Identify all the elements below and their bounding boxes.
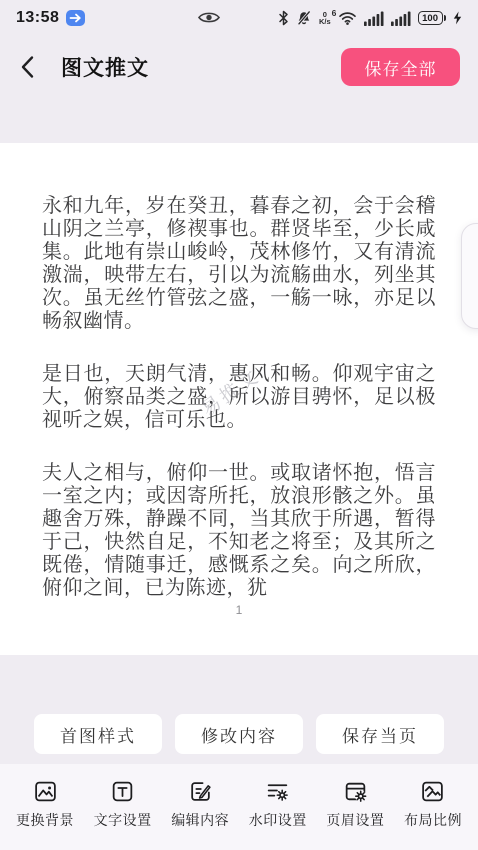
- toolbar-item-layout-ratio[interactable]: 布局比例: [396, 779, 470, 850]
- notifications-muted-icon: [296, 10, 312, 26]
- text-settings-icon: [110, 779, 135, 804]
- page-actions: 首图样式 修改内容 保存当页: [0, 714, 478, 754]
- toolbar-label: 编辑内容: [171, 810, 229, 830]
- toolbar-item-text-settings[interactable]: 文字设置: [86, 779, 160, 850]
- edit-content-icon: [188, 779, 213, 804]
- save-current-page-button[interactable]: 保存当页: [316, 714, 444, 754]
- screen: 13:58 0 K/s 6: [0, 0, 478, 850]
- network-speed-indicator: 0 K/s: [319, 11, 331, 25]
- toolbar-label: 水印设置: [249, 810, 307, 830]
- toolbar-item-edit-content[interactable]: 编辑内容: [163, 779, 237, 850]
- edit-content-button[interactable]: 修改内容: [175, 714, 303, 754]
- tweet-page-card[interactable]: 永和九年，岁在癸丑，暮春之初，会于会稽山阴之兰亭，修禊事也。群贤毕至，少长咸集。…: [0, 143, 478, 655]
- toolbar-label: 布局比例: [404, 810, 462, 830]
- status-bar: 13:58 0 K/s 6: [0, 0, 478, 36]
- paragraph: 是日也，天朗气清，惠风和畅。仰观宇宙之大，俯察品类之盛，所以游目骋怀，足以极视听…: [42, 363, 436, 432]
- battery-indicator: 100: [418, 11, 446, 25]
- wifi6-icon: 6: [338, 11, 357, 25]
- layout-ratio-icon: [420, 779, 445, 804]
- watermark-settings-icon: [265, 779, 290, 804]
- bluetooth-icon: [278, 10, 289, 26]
- page-header-settings-icon: [343, 779, 368, 804]
- header: 图文推文 保存全部: [0, 36, 478, 98]
- status-time: 13:58: [16, 9, 59, 27]
- page-number: 1: [0, 603, 478, 617]
- battery-level: 100: [418, 11, 443, 25]
- wifi-generation: 6: [332, 8, 337, 18]
- paragraph: 永和九年，岁在癸丑，暮春之初，会于会稽山阴之兰亭，修禊事也。群贤毕至，少长咸集。…: [42, 195, 436, 333]
- eye-privacy-icon: [197, 10, 221, 25]
- toolbar-label: 页眉设置: [326, 810, 384, 830]
- charging-bolt-icon: [453, 11, 462, 25]
- toolbar-item-watermark-settings[interactable]: 水印设置: [241, 779, 315, 850]
- toolbar-label: 文字设置: [94, 810, 152, 830]
- floating-edge-handle[interactable]: [461, 223, 478, 329]
- bottom-toolbar: 更换背景 文字设置 编辑内容 水印设置 页眉设置: [0, 764, 478, 850]
- toolbar-label: 更换背景: [16, 810, 74, 830]
- toolbar-item-change-background[interactable]: 更换背景: [8, 779, 82, 850]
- arrow-app-badge-icon: [66, 10, 85, 26]
- cellular-signal-icon: [364, 11, 384, 26]
- network-speed-unit: K/s: [319, 18, 331, 25]
- paragraph: 夫人之相与，俯仰一世。或取诸怀抱，悟言一室之内；或因寄所托，放浪形骸之外。虽趣舍…: [42, 462, 436, 600]
- cover-style-button[interactable]: 首图样式: [34, 714, 162, 754]
- status-indicators: 0 K/s 6 100: [278, 10, 462, 26]
- page-title: 图文推文: [61, 52, 149, 82]
- toolbar-item-page-header-settings[interactable]: 页眉设置: [318, 779, 392, 850]
- cellular-signal-icon: [391, 11, 411, 26]
- back-button[interactable]: [18, 51, 37, 83]
- battery-nub: [444, 15, 447, 21]
- save-all-button[interactable]: 保存全部: [341, 48, 460, 86]
- image-background-icon: [33, 779, 58, 804]
